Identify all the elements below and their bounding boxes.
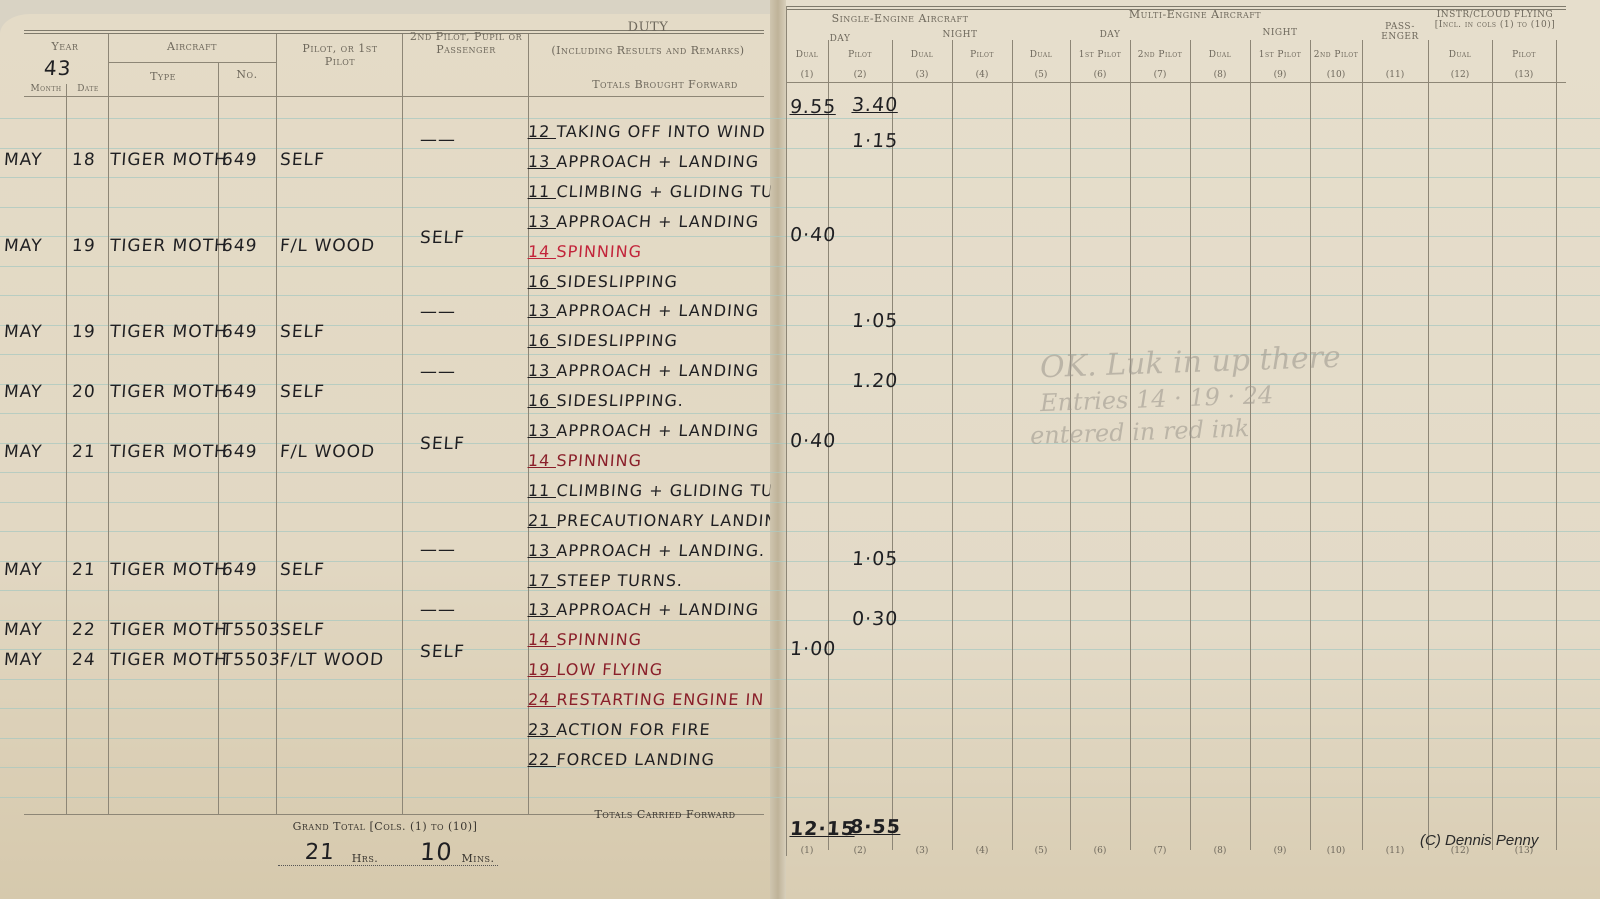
entry-aircraft-type: TIGER MOTH — [109, 150, 228, 170]
grand-total-minutes: 10 — [419, 838, 454, 866]
header-bottom-rule — [24, 96, 764, 97]
col-divider — [66, 84, 67, 814]
entry-month: MAY — [3, 236, 43, 256]
brought-forward-pilot: 3.40 — [851, 94, 899, 116]
entry-month: MAY — [3, 442, 43, 462]
col-divider — [952, 40, 953, 850]
duty-description: APPROACH + LANDING — [556, 301, 760, 320]
column-subheader: Dual — [1190, 50, 1250, 60]
entry-aircraft-type: TIGER MOTH — [109, 442, 228, 462]
duty-sub-label: (Including Results and Remarks) — [528, 44, 768, 57]
ruled-line — [0, 266, 1600, 267]
duty-exercise-number: 21 — [527, 511, 557, 530]
duty-description: CLIMBING + GLIDING TURNS — [556, 182, 771, 201]
entry-aircraft-type: TIGER MOTH — [109, 560, 228, 580]
ruled-line — [0, 502, 1600, 503]
ruled-line — [0, 590, 1600, 591]
column-subheader: 1st Pilot — [1070, 50, 1130, 60]
duty-exercise-number: 11 — [527, 182, 557, 201]
duty-exercise-number: 14 — [527, 242, 557, 261]
entry-dual-time: 0·40 — [789, 224, 837, 246]
ruled-line — [0, 531, 1600, 532]
col-divider — [108, 34, 109, 814]
entry-aircraft-no: 649 — [221, 236, 258, 256]
ruled-line — [0, 295, 1600, 296]
second-pilot-label: 2nd Pilot, Pupil or Passenger — [404, 30, 528, 56]
single-engine-label: Single-Engine Aircraft — [790, 12, 1010, 25]
duty-exercise-number: 12 — [527, 122, 557, 141]
entry-aircraft-no: 649 — [221, 322, 258, 342]
duty-exercise-number: 19 — [527, 660, 557, 679]
entry-second-pilot: —— — [419, 362, 456, 382]
column-number: (5) — [1012, 846, 1070, 856]
duty-item: 13 APPROACH + LANDING. — [527, 541, 766, 560]
copyright-watermark: (C) Dennis Penny — [1420, 832, 1538, 849]
duty-item: 16 SIDESLIPPING — [527, 272, 678, 291]
entry-second-pilot: —— — [419, 600, 456, 620]
duty-exercise-number: 22 — [527, 750, 557, 769]
column-number: (7) — [1130, 846, 1190, 856]
mins-label: Mins. — [458, 852, 498, 865]
type-label: Type — [108, 70, 218, 83]
entry-month: MAY — [3, 382, 43, 402]
duty-item: 17 STEEP TURNS. — [527, 571, 683, 590]
column-subheader: Pilot — [952, 50, 1012, 60]
duty-item: 13 APPROACH + LANDING — [527, 152, 760, 171]
column-number: (11) — [1362, 70, 1428, 80]
entry-aircraft-no: 649 — [221, 560, 258, 580]
column-number: (3) — [892, 846, 952, 856]
duty-exercise-number: 13 — [527, 152, 557, 171]
ruled-line — [0, 472, 1600, 473]
duty-item: 14 SPINNING — [527, 630, 642, 649]
column-subheader: Pilot — [1492, 50, 1556, 60]
col-divider — [1428, 40, 1429, 850]
entry-aircraft-type: TIGER MOTH — [109, 382, 228, 402]
duty-exercise-number: 13 — [527, 301, 557, 320]
col-divider — [1310, 40, 1311, 850]
duty-description: APPROACH + LANDING. — [556, 541, 766, 560]
date-label: Date — [68, 84, 108, 94]
column-number: (2) — [828, 846, 892, 856]
column-subheader: Pilot — [828, 50, 892, 60]
entry-pilot: SELF — [279, 620, 325, 640]
entry-pilot: SELF — [279, 150, 325, 170]
col-divider — [1362, 40, 1363, 850]
ruled-line — [0, 413, 1600, 414]
duty-description: APPROACH + LANDING — [556, 152, 760, 171]
ruled-line — [0, 708, 1600, 709]
entry-aircraft-type: TIGER MOTH — [109, 650, 228, 670]
duty-exercise-number: 13 — [527, 212, 557, 231]
duty-description: APPROACH + LANDING — [556, 212, 760, 231]
entry-second-pilot: SELF — [419, 642, 465, 662]
brought-forward-label: Totals Brought Forward — [560, 78, 770, 91]
duty-item: 11 CLIMBING + GLIDING TURNS — [527, 182, 770, 201]
ruled-line — [0, 148, 1600, 149]
column-number: (4) — [952, 70, 1012, 80]
column-number: (10) — [1310, 846, 1362, 856]
duty-description: SPINNING — [556, 630, 643, 649]
column-number: (2) — [828, 70, 892, 80]
passenger-label: PASS-ENGER — [1370, 22, 1430, 42]
duty-exercise-number: 23 — [527, 720, 557, 739]
column-number: (10) — [1310, 70, 1362, 80]
column-number: (8) — [1190, 70, 1250, 80]
column-number: (6) — [1070, 70, 1130, 80]
column-number: (11) — [1362, 846, 1428, 856]
duty-description: LOW FLYING — [556, 660, 664, 679]
no-label: No. — [218, 68, 276, 81]
me-day-label: DAY — [1030, 30, 1190, 40]
entry-month: MAY — [3, 150, 43, 170]
duty-item: 13 APPROACH + LANDING — [527, 600, 760, 619]
entry-date: 20 — [71, 382, 96, 402]
entry-aircraft-type: TIGER MOTH — [109, 236, 228, 256]
hrs-label: Hrs. — [350, 852, 380, 865]
duty-description: ACTION FOR FIRE — [556, 720, 711, 739]
entry-month: MAY — [3, 620, 43, 640]
grand-total-hours: 21 — [304, 840, 336, 865]
aircraft-sub-rule — [108, 62, 276, 63]
duty-item: 12 TAKING OFF INTO WIND — [527, 122, 766, 141]
duty-item: 21 PRECAUTIONARY LANDING — [527, 511, 770, 530]
duty-item: 13 APPROACH + LANDING — [527, 421, 760, 440]
entry-second-pilot: SELF — [419, 228, 465, 248]
col-divider — [892, 40, 893, 850]
entry-aircraft-type: TIGER MOTH — [109, 322, 228, 342]
column-number: (1) — [786, 70, 828, 80]
ruled-line — [0, 118, 1600, 119]
duty-exercise-number: 14 — [527, 630, 557, 649]
duty-description: APPROACH + LANDING — [556, 600, 760, 619]
entry-pilot-time: 1·05 — [851, 548, 899, 570]
entry-pilot: F/LT WOOD — [279, 650, 384, 670]
duty-description: SPINNING — [556, 451, 643, 470]
duty-description: TAKING OFF INTO WIND — [556, 122, 767, 141]
duty-item: 13 APPROACH + LANDING — [527, 301, 760, 320]
duty-item: 14 SPINNING — [527, 242, 642, 261]
entry-date: 22 — [71, 620, 96, 640]
duty-description: RESTARTING ENGINE IN FLIGHT — [556, 690, 771, 709]
entry-month: MAY — [3, 560, 43, 580]
duty-description: CLIMBING + GLIDING TURNS — [556, 481, 771, 500]
entry-date: 19 — [71, 236, 96, 256]
column-number: (1) — [786, 846, 828, 856]
column-number: (7) — [1130, 70, 1190, 80]
duty-exercise-number: 16 — [527, 331, 557, 350]
carried-forward-dual: 12·15 — [789, 818, 856, 840]
ruled-line — [0, 177, 1600, 178]
duty-item: 11 CLIMBING + GLIDING TURNS — [527, 481, 770, 500]
instr-flying-label: INSTR/CLOUD FLYING [Incl. in cols (1) to… — [1430, 10, 1560, 30]
duty-exercise-number: 16 — [527, 391, 557, 410]
duty-item: 22 FORCED LANDING — [527, 750, 715, 769]
col-divider — [1492, 40, 1493, 850]
column-subheader: 1st Pilot — [1250, 50, 1310, 60]
column-number: (9) — [1250, 846, 1310, 856]
logbook-right-page — [782, 0, 1600, 899]
entry-aircraft-type: TIGER MOTH — [109, 620, 228, 640]
ruled-line — [0, 679, 1600, 680]
duty-exercise-number: 13 — [527, 361, 557, 380]
entry-dual-time: 0·40 — [789, 430, 837, 452]
column-subheader: Dual — [1012, 50, 1070, 60]
column-subheader: Dual — [892, 50, 952, 60]
column-number: (6) — [1070, 846, 1130, 856]
entry-date: 24 — [71, 650, 96, 670]
duty-description: SIDESLIPPING — [556, 272, 679, 291]
duty-item: 24 RESTARTING ENGINE IN FLIGHT — [527, 690, 770, 709]
col-divider — [402, 34, 403, 814]
entry-month: MAY — [3, 322, 43, 342]
entry-second-pilot: —— — [419, 302, 456, 322]
col-divider — [1190, 40, 1191, 850]
me-night-label: NIGHT — [1200, 28, 1360, 38]
entry-pilot: F/L WOOD — [279, 442, 375, 462]
se-day-label: DAY — [790, 34, 890, 44]
ruled-line — [0, 738, 1600, 739]
column-number: (5) — [1012, 70, 1070, 80]
column-subheader: 2nd Pilot — [1130, 50, 1190, 60]
entry-second-pilot: —— — [419, 540, 456, 560]
entry-pilot-time: 1.20 — [851, 370, 899, 392]
entry-pilot: SELF — [279, 560, 325, 580]
duty-item: 16 SIDESLIPPING. — [527, 391, 684, 410]
ruled-line — [0, 207, 1600, 208]
column-subheader: Dual — [1428, 50, 1492, 60]
duty-description: APPROACH + LANDING — [556, 421, 760, 440]
column-subheader: 2nd Pilot — [1310, 50, 1362, 60]
carried-forward-label: Totals Carried Forward — [570, 808, 760, 821]
col-divider — [1556, 40, 1557, 850]
month-label: Month — [24, 84, 68, 94]
entry-pilot-time: 1·15 — [851, 130, 899, 152]
column-number: (13) — [1492, 70, 1556, 80]
column-number: (12) — [1428, 70, 1492, 80]
entry-pilot-time: 1·05 — [851, 310, 899, 332]
entry-aircraft-no: T5503 — [221, 620, 281, 640]
entry-date: 21 — [71, 560, 96, 580]
entry-second-pilot: SELF — [419, 434, 465, 454]
column-subheader: Dual — [786, 50, 828, 60]
duty-description: APPROACH + LANDING — [556, 361, 760, 380]
entry-second-pilot: —— — [419, 130, 456, 150]
entry-pilot: SELF — [279, 322, 325, 342]
ruled-line — [0, 354, 1600, 355]
year-value: 43 — [43, 56, 72, 80]
duty-item: 13 APPROACH + LANDING — [527, 212, 760, 231]
duty-exercise-number: 13 — [527, 541, 557, 560]
column-number: (4) — [952, 846, 1012, 856]
duty-item: 23 ACTION FOR FIRE — [527, 720, 711, 739]
duty-exercise-number: 14 — [527, 451, 557, 470]
right-header-bottom-rule — [786, 82, 1566, 83]
carried-forward-pilot: 8·55 — [849, 816, 901, 838]
entry-aircraft-no: T5503 — [221, 650, 281, 670]
col-divider — [786, 6, 787, 856]
duty-description: SIDESLIPPING. — [556, 391, 685, 410]
multi-engine-label: Multi-Engine Aircraft — [1020, 8, 1370, 21]
se-night-label: NIGHT — [910, 30, 1010, 40]
col-divider — [1012, 40, 1013, 850]
ruled-line — [0, 767, 1600, 768]
entry-date: 19 — [71, 322, 96, 342]
col-divider — [1250, 40, 1251, 850]
duty-exercise-number: 11 — [527, 481, 557, 500]
entry-date: 18 — [71, 150, 96, 170]
grand-total-label: Grand Total [Cols. (1) to (10)] — [270, 820, 500, 833]
duty-description: FORCED LANDING — [556, 750, 716, 769]
column-number: (9) — [1250, 70, 1310, 80]
entry-month: MAY — [3, 650, 43, 670]
duty-description: SIDESLIPPING — [556, 331, 679, 350]
duty-description: STEEP TURNS. — [556, 571, 684, 590]
book-spine — [770, 0, 786, 899]
duty-label: DUTY — [528, 20, 768, 35]
entry-pilot-time: 0·30 — [851, 608, 899, 630]
duty-exercise-number: 16 — [527, 272, 557, 291]
entry-pilot: F/L WOOD — [279, 236, 375, 256]
entry-pilot: SELF — [279, 382, 325, 402]
aircraft-label: Aircraft — [108, 40, 276, 53]
duty-item: 13 APPROACH + LANDING — [527, 361, 760, 380]
duty-item: 14 SPINNING — [527, 451, 642, 470]
col-divider — [218, 62, 219, 814]
entry-dual-time: 1·00 — [789, 638, 837, 660]
column-number: (8) — [1190, 846, 1250, 856]
pilot-label: Pilot, or 1st Pilot — [290, 42, 390, 68]
duty-item: 19 LOW FLYING — [527, 660, 663, 679]
duty-exercise-number: 13 — [527, 600, 557, 619]
col-divider — [276, 34, 277, 814]
duty-item: 16 SIDESLIPPING — [527, 331, 678, 350]
duty-description: PRECAUTIONARY LANDING — [556, 511, 771, 530]
year-label: Year — [40, 40, 90, 53]
duty-description: SPINNING — [556, 242, 643, 261]
entry-aircraft-no: 649 — [221, 150, 258, 170]
column-number: (3) — [892, 70, 952, 80]
entry-aircraft-no: 649 — [221, 382, 258, 402]
duty-exercise-number: 17 — [527, 571, 557, 590]
entry-date: 21 — [71, 442, 96, 462]
ruled-line — [0, 797, 1600, 798]
entry-aircraft-no: 649 — [221, 442, 258, 462]
brought-forward-dual: 9.55 — [789, 96, 837, 118]
duty-exercise-number: 24 — [527, 690, 557, 709]
duty-exercise-number: 13 — [527, 421, 557, 440]
